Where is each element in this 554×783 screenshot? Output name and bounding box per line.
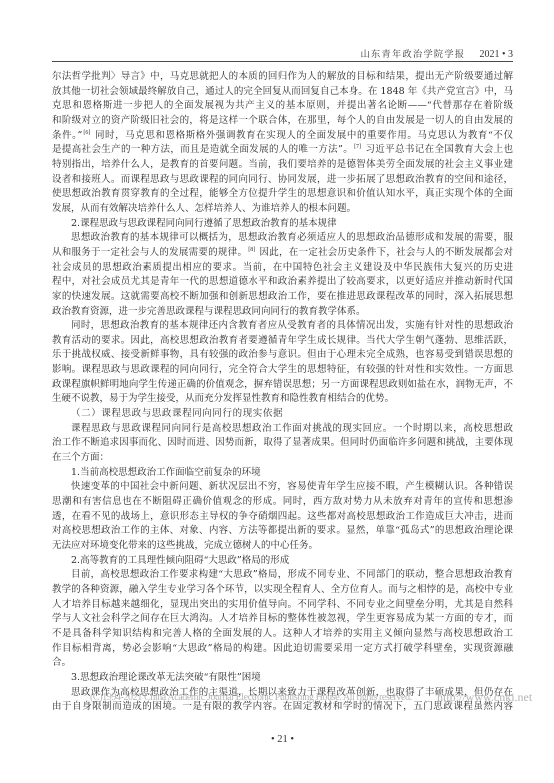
body-text-line: 社会成员的思想政治素质提出相应的要求。当前，在中国特色社会主义建设及中华民族伟大…	[52, 261, 513, 276]
body-text-line: 合。	[52, 656, 513, 671]
body-text-line: 思潮和有害信息也在不断阻碍正确价值观念的形成。同时，西方敌对势力从未放弃对青年的…	[52, 495, 513, 510]
body-text-line: 从和服务于一定社会与人的发展需要的规律。[8] 因此，在一定社会历史条件下，社会…	[52, 246, 513, 261]
page-number: • 21 •	[52, 734, 513, 746]
body-text-line: 影响。课程思政与思政课程的同向同行，完全符合大学生的思想特征，有较强的针对性和实…	[52, 363, 513, 378]
body-text-line: 是提高社会生产的一种方法，而且是造就全面发展的人的唯一方法”。[7] 习近平总书…	[52, 143, 513, 158]
body-text-line: 对高校思想政治工作的主体、对象、内容、方法等都提出新的要求。显然，单靠“孤岛式”…	[52, 524, 513, 539]
text-segment: 习近平总书记在全国教育大会上也	[362, 144, 513, 155]
body-text-line: 条件。”[6] 同时，马克思和恩格斯格外强调教育在实现人的全面发展中的重要作用。…	[52, 129, 513, 144]
body-text-line: 乐于挑战权威、接受新鲜事物，具有较强的政治参与意识。但由于心理未完全成熟，也容易…	[52, 348, 513, 363]
journal-page: 山东青年政治学院学报 2021 • 3 尔法哲学批判〉导言》中，马克思就把人的本…	[0, 0, 554, 783]
body-text-line: 特别指出，培养什么人，是教育的首要问题。当前，我们要培养的是德智体美劳全面发展的…	[52, 158, 513, 173]
header-rule	[52, 61, 513, 62]
text-segment: 条件。”	[52, 130, 82, 141]
subsection-heading: 3.思想政治理论课改革无法突破“有限性”困境	[52, 671, 513, 686]
subsection-heading: 2.课程思政与思政课程同向同行遵循了思想政治教育的基本规律	[52, 217, 513, 232]
body-text-line: 在三个方面：	[52, 451, 513, 466]
journal-name: 山东青年政治学院学报	[361, 49, 466, 60]
body-text-line: 克思和恩格斯进一步把人的全面发展视为共产主义的基本原则，并提出著名论断——“代替…	[52, 99, 513, 114]
subsection-heading: 1.当前高校思想政治工作面临空前复杂的环境	[52, 466, 513, 481]
body-text-line: 不是具备科学知识结构和完善人格的全面发展的人。这种人才培养的实用主义倾向显然与高…	[52, 627, 513, 642]
copyright-watermark: (C)1994-2021 China Academic Journal Elec…	[90, 692, 412, 704]
body-text-line: 发展，从而有效解决培养什么人、怎样培养人、为谁培养人的根本问题。	[52, 202, 513, 217]
citation-ref: [8]	[248, 247, 255, 253]
body-text-line: 作目标相背离，势必会影响“大思政”格局的构建。因此迫切需要采用一定方式打破学科壁…	[52, 642, 513, 657]
body-text-line: 生硬不说教，易于为学生接受，从而充分发挥显性教育和隐性教育相结合的优势。	[52, 392, 513, 407]
citation-ref: [6]	[83, 130, 90, 136]
article-body: 尔法哲学批判〉导言》中，马克思就把人的本质的回归作为人的解放的目标和结果，提出无…	[52, 70, 513, 715]
body-text-line: 思想政治教育的基本规律可以概括为，思想政治教育必须适应人的思想政治品德形成和发展…	[52, 231, 513, 246]
body-text-line: 放其他一切社会领域最终解放自己，通过人的完全回复从而回复自己本身。在 1848 …	[52, 85, 513, 100]
text-segment: 是提高社会生产的一种方法，而且是造就全面发展的人的唯一方法”。	[52, 144, 353, 155]
body-text-line: 使思想政治教育贯穿教育的全过程，能够全方位提升学生的思想意识和价值认知水平，真正…	[52, 187, 513, 202]
text-segment: 从和服务于一定社会与人的发展需要的规律。	[52, 247, 247, 258]
body-text-line: 家的快速发展。这就需要高校不断加强和创新思想政治工作，要在推进思政课程改革的同时…	[52, 290, 513, 305]
text-segment: 因此，在一定社会历史条件下，社会与人的不断发展都会对	[256, 247, 513, 258]
watermark-url: http://www.cnki.net	[437, 691, 532, 703]
body-text-line: 人才培养目标越来越细化，显现出突出的实用价值导向。不同学科、不同专业之间壁垒分明…	[52, 598, 513, 613]
issue-number: 2021 • 3	[479, 49, 513, 60]
section-heading: （二）课程思政与思政课程同向同行的现实依据	[52, 407, 513, 422]
body-text-line: 尔法哲学批判〉导言》中，马克思就把人的本质的回归作为人的解放的目标和结果，提出无…	[52, 70, 513, 85]
body-text-line: 政课程旗帜鲜明地向学生传递正确的价值观念，摒弃错误思想；另一方面课程思政则如盐在…	[52, 378, 513, 393]
running-header: 山东青年政治学院学报 2021 • 3	[361, 46, 513, 58]
body-text-line: 目前，高校思想政治工作要求构建“大思政”格局，形成不同专业、不同部门的联动，整合…	[52, 568, 513, 583]
body-text-line: 治工作不断追求因事而化、因时而进、因势而新，取得了显著成果。但同时仍面临许多问题…	[52, 436, 513, 451]
text-segment: 同时，马克思和恩格斯格外强调教育在实现人的全面发展中的重要作用。马克思认为教育“…	[91, 130, 513, 141]
body-text-line: 政治教育资源，进一步完善思政课程与课程思政同向同行的教育教学体系。	[52, 305, 513, 320]
citation-ref: [7]	[354, 144, 361, 150]
body-text-line: 教育活动的要求。因此，高校思想政治教育者要遵循青年学生成长规律。当代大学生朝气蓬…	[52, 334, 513, 349]
body-text-line: 课程思政与思政课程同向同行是高校思想政治工作面对挑战的现实回应。一个时期以来，高…	[52, 422, 513, 437]
body-text-line: 教学的各种资源，融入学生专业学习各个环节，以实现全程育人、全方位育人。而与之相悖…	[52, 583, 513, 598]
body-text-line: 无法应对环境变化带来的这些挑战，完成立德树人的中心任务。	[52, 539, 513, 554]
subsection-heading: 2.高等教育的工具理性倾向阻碍“大思政”格局的形成	[52, 554, 513, 569]
body-text-line: 学与人文社会科学之间存在巨大鸿沟。人才培养目标的整体性被忽视，学生更容易成为某一…	[52, 612, 513, 627]
body-text-line: 同时，思想政治教育的基本规律还内含教育者应从受教育者的具体情况出发，实施有针对性…	[52, 319, 513, 334]
body-text-line: 快速变革的中国社会中新问题、新状况层出不穷，容易使青年学生应接不暇，产生模糊认识…	[52, 480, 513, 495]
body-text-line: 透，在看不见的战场上，意识形态主导权的争夺硝烟四起。这些都对高校思想政治工作造成…	[52, 510, 513, 525]
body-text-line: 和阶级对立的资产阶级旧社会的，将是这样一个联合体，在那里，每个人的自由发展是一切…	[52, 114, 513, 129]
body-text-line: 程中，对社会成员尤其是青年一代的思想道德水平和政治素养提出了较高要求，以更好适应…	[52, 275, 513, 290]
body-text-line: 设者和接班人。而课程思政与思政课程的同向同行、协同发展，进一步拓展了思想政治教育…	[52, 173, 513, 188]
